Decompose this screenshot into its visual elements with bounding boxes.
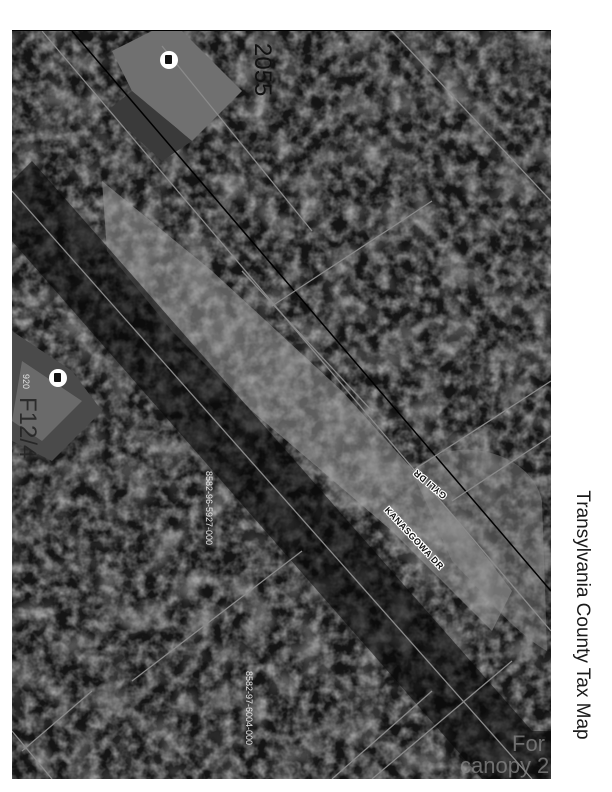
map-number: 2055 [248, 43, 276, 96]
map-number: F12/4 [13, 397, 41, 458]
aerial-map[interactable]: 2055 F12/4 920 8582-96-5927-000 8582-97-… [12, 30, 551, 779]
watermark: canopy 2 [460, 753, 549, 779]
page-title: Transylvania County Tax Map [562, 455, 602, 775]
map-imagery [12, 31, 551, 779]
house-icon[interactable] [49, 369, 67, 387]
address-label: 920 [21, 374, 31, 389]
page-title-text: Transylvania County Tax Map [571, 490, 593, 739]
house-icon[interactable] [160, 51, 178, 69]
parcel-pin: 8582-97-6004-000 [244, 671, 254, 745]
parcel-pin: 8582-96-5927-000 [204, 471, 214, 545]
